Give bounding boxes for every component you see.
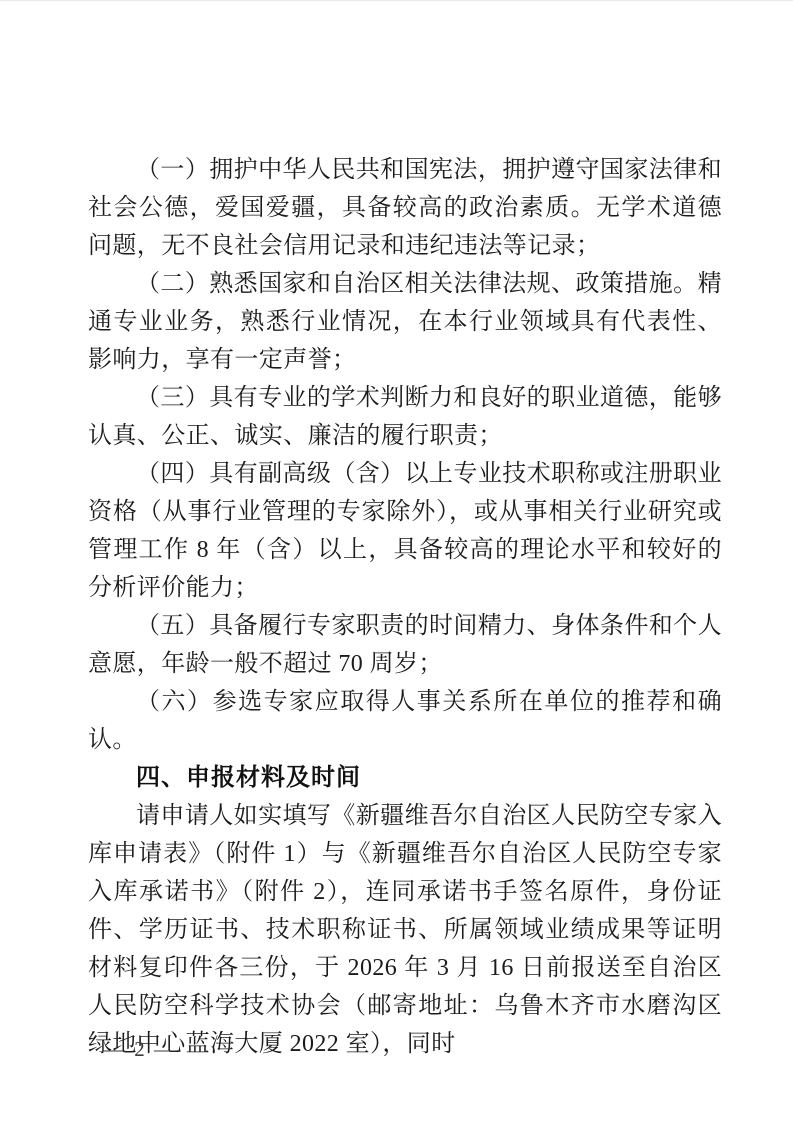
paragraph: （二）熟悉国家和自治区相关法律法规、政策措施。精通专业业务，熟悉行业情况，在本行… [88, 265, 722, 379]
paragraph: （一）拥护中华人民共和国宪法，拥护遵守国家法律和社会公德，爱国爱疆，具备较高的政… [88, 151, 722, 265]
paragraph: 请申请人如实填写《新疆维吾尔自治区人民防空专家入库申请表》（附件 1）与《新疆维… [88, 797, 722, 1063]
section-heading: 四、申报材料及时间 [88, 759, 722, 797]
paragraph: （五）具备履行专家职责的时间精力、身体条件和个人意愿，年龄一般不超过 70 周岁… [88, 607, 722, 683]
paragraph: （三）具有专业的学术判断力和良好的职业道德，能够认真、公正、诚实、廉洁的履行职责… [88, 379, 722, 455]
paragraph: （六）参选专家应取得人事关系所在单位的推荐和确认。 [88, 683, 722, 759]
page-number: — 2 — [104, 1037, 177, 1061]
document-body: （一）拥护中华人民共和国宪法，拥护遵守国家法律和社会公德，爱国爱疆，具备较高的政… [88, 151, 722, 1063]
paragraph: （四）具有副高级（含）以上专业技术职称或注册职业资格（从事行业管理的专家除外），… [88, 455, 722, 607]
document-page: （一）拥护中华人民共和国宪法，拥护遵守国家法律和社会公德，爱国爱疆，具备较高的政… [0, 0, 793, 1123]
